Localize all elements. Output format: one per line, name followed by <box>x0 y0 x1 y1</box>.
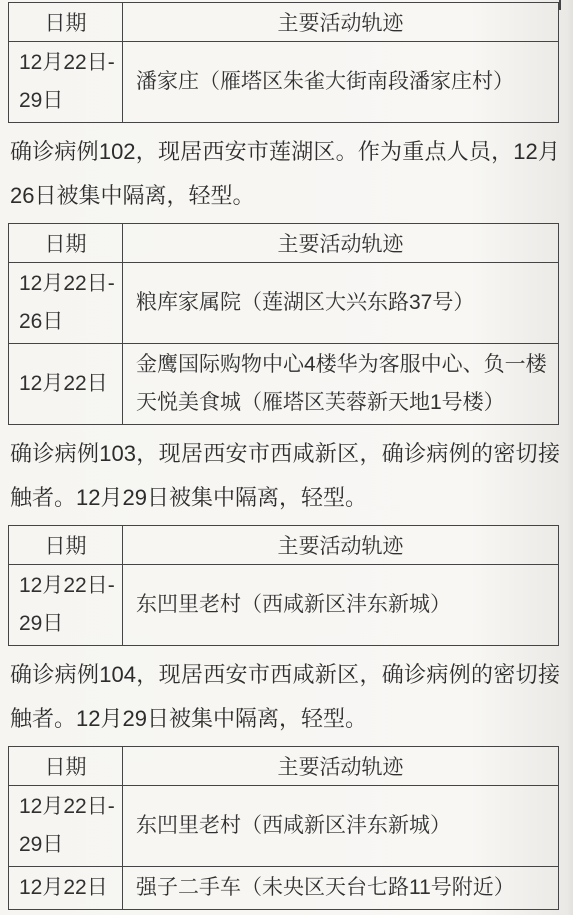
activity-cell: 东凹里老村（西咸新区沣东新城） <box>123 565 559 646</box>
date-column-header: 日期 <box>9 3 123 42</box>
date-cell: 12月22日- 26日 <box>9 263 123 344</box>
date-cell: 12月22日- 29日 <box>9 565 123 646</box>
case-note-102: 确诊病例102，现居西安市莲湖区。作为重点人员，12月26日被集中隔离，轻型。 <box>10 130 560 218</box>
activity-column-header: 主要活动轨迹 <box>123 224 559 263</box>
table-row: 12月22日 金鹰国际购物中心4楼华为客服中心、负一楼 天悦美食城（雁塔区芙蓉新… <box>9 344 559 425</box>
table-header-row: 日期 主要活动轨迹 <box>9 526 559 565</box>
table-row: 12月22日- 26日 粮库家属院（莲湖区大兴东路37号） <box>9 263 559 344</box>
activity-cell: 潘家庄（雁塔区朱雀大街南段潘家庄村） <box>123 42 559 123</box>
activity-cell: 东凹里老村（西咸新区沣东新城） <box>123 786 559 867</box>
table-row: 12月22日- 29日 东凹里老村（西咸新区沣东新城） <box>9 565 559 646</box>
activity-column-header: 主要活动轨迹 <box>123 747 559 786</box>
date-cell: 12月22日- 29日 <box>9 42 123 123</box>
trajectory-table-2: 日期 主要活动轨迹 12月22日- 26日 粮库家属院（莲湖区大兴东路37号） … <box>8 223 559 425</box>
activity-column-header: 主要活动轨迹 <box>123 526 559 565</box>
date-column-header: 日期 <box>9 224 123 263</box>
table-row: 12月22日 强子二手车（未央区天台七路11号附近） <box>9 867 559 910</box>
article-page: 日期 主要活动轨迹 12月22日- 29日 潘家庄（雁塔区朱雀大街南段潘家庄村）… <box>0 0 573 910</box>
activity-column-header: 主要活动轨迹 <box>123 3 559 42</box>
date-column-header: 日期 <box>9 526 123 565</box>
date-cell: 12月22日 <box>9 867 123 910</box>
activity-cell: 金鹰国际购物中心4楼华为客服中心、负一楼 天悦美食城（雁塔区芙蓉新天地1号楼） <box>123 344 559 425</box>
date-cell: 12月22日- 29日 <box>9 786 123 867</box>
table-row: 12月22日- 29日 潘家庄（雁塔区朱雀大街南段潘家庄村） <box>9 42 559 123</box>
table-row: 12月22日- 29日 东凹里老村（西咸新区沣东新城） <box>9 786 559 867</box>
activity-cell: 粮库家属院（莲湖区大兴东路37号） <box>123 263 559 344</box>
table-header-row: 日期 主要活动轨迹 <box>9 3 559 42</box>
date-cell: 12月22日 <box>9 344 123 425</box>
table-header-row: 日期 主要活动轨迹 <box>9 747 559 786</box>
trajectory-table-1: 日期 主要活动轨迹 12月22日- 29日 潘家庄（雁塔区朱雀大街南段潘家庄村） <box>8 2 559 123</box>
cropped-table-border-artifact <box>559 0 561 10</box>
activity-cell: 强子二手车（未央区天台七路11号附近） <box>123 867 559 910</box>
case-note-104: 确诊病例104，现居西安市西咸新区，确诊病例的密切接触者。12月29日被集中隔离… <box>10 653 560 741</box>
trajectory-table-3: 日期 主要活动轨迹 12月22日- 29日 东凹里老村（西咸新区沣东新城） <box>8 525 559 646</box>
date-column-header: 日期 <box>9 747 123 786</box>
case-note-103: 确诊病例103，现居西安市西咸新区，确诊病例的密切接触者。12月29日被集中隔离… <box>10 432 560 520</box>
trajectory-table-4: 日期 主要活动轨迹 12月22日- 29日 东凹里老村（西咸新区沣东新城） 12… <box>8 746 559 910</box>
table-header-row: 日期 主要活动轨迹 <box>9 224 559 263</box>
